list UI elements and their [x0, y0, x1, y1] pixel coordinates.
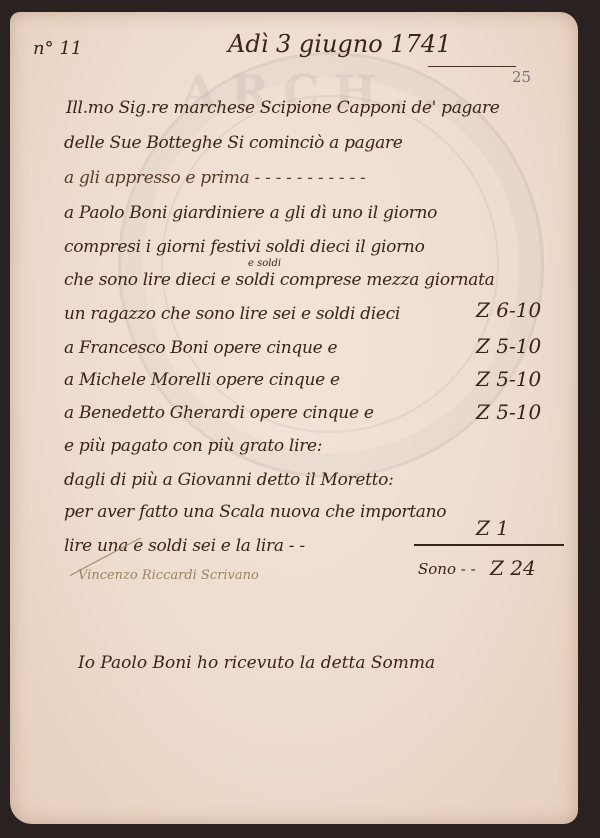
scribe-signature: Vincenzo Riccardi Scrivano — [78, 568, 259, 583]
date-heading: Adì 3 giugno 1741 — [228, 30, 451, 58]
body-line-7: un ragazzo che sono lire sei e soldi die… — [64, 304, 400, 324]
entry-amount-3: Z 5-10 — [476, 400, 541, 424]
closing-amount: Z 1 — [476, 516, 509, 540]
closing-line-3: per aver fatto una Scala nuova che impor… — [64, 502, 446, 522]
body-line-4: a Paolo Boni giardiniere a gli dì uno il… — [64, 203, 437, 223]
body-line-5: compresi i giorni festivi soldi dieci il… — [64, 237, 425, 257]
amount-first: Z 6-10 — [476, 298, 541, 322]
body-line-3: a gli appresso e prima - - - - - - - - -… — [64, 168, 365, 188]
entry-line-2: a Michele Morelli opere cinque e — [64, 370, 340, 390]
entry-amount-2: Z 5-10 — [476, 367, 541, 391]
entry-line-3: a Benedetto Gherardi opere cinque e — [64, 403, 374, 423]
body-line-2: delle Sue Botteghe Si cominciò a pagare — [64, 133, 403, 153]
body-line-1: Ill.mo Sig.re marchese Scipione Capponi … — [66, 98, 500, 118]
receipt-line: Io Paolo Boni ho ricevuto la detta Somma — [78, 653, 435, 673]
total-label: Sono - - — [418, 560, 476, 578]
total-rule — [414, 544, 564, 546]
folio-number: 25 — [512, 68, 531, 86]
body-line-6: che sono lire dieci e soldi comprese mez… — [64, 270, 494, 290]
year-underline — [428, 66, 516, 67]
entry-amount-1: Z 5-10 — [476, 334, 541, 358]
reference-number: n° 11 — [33, 38, 82, 59]
interlinear-note: e soldi — [248, 258, 281, 269]
total-amount: Z 24 — [490, 556, 536, 580]
closing-line-2: dagli di più a Giovanni detto il Moretto… — [64, 470, 394, 490]
closing-line-4: lire una e soldi sei e la lira - - — [64, 536, 305, 556]
entry-line-1: a Francesco Boni opere cinque e — [64, 338, 337, 358]
closing-line-1: e più pagato con più grato lire: — [64, 436, 322, 456]
